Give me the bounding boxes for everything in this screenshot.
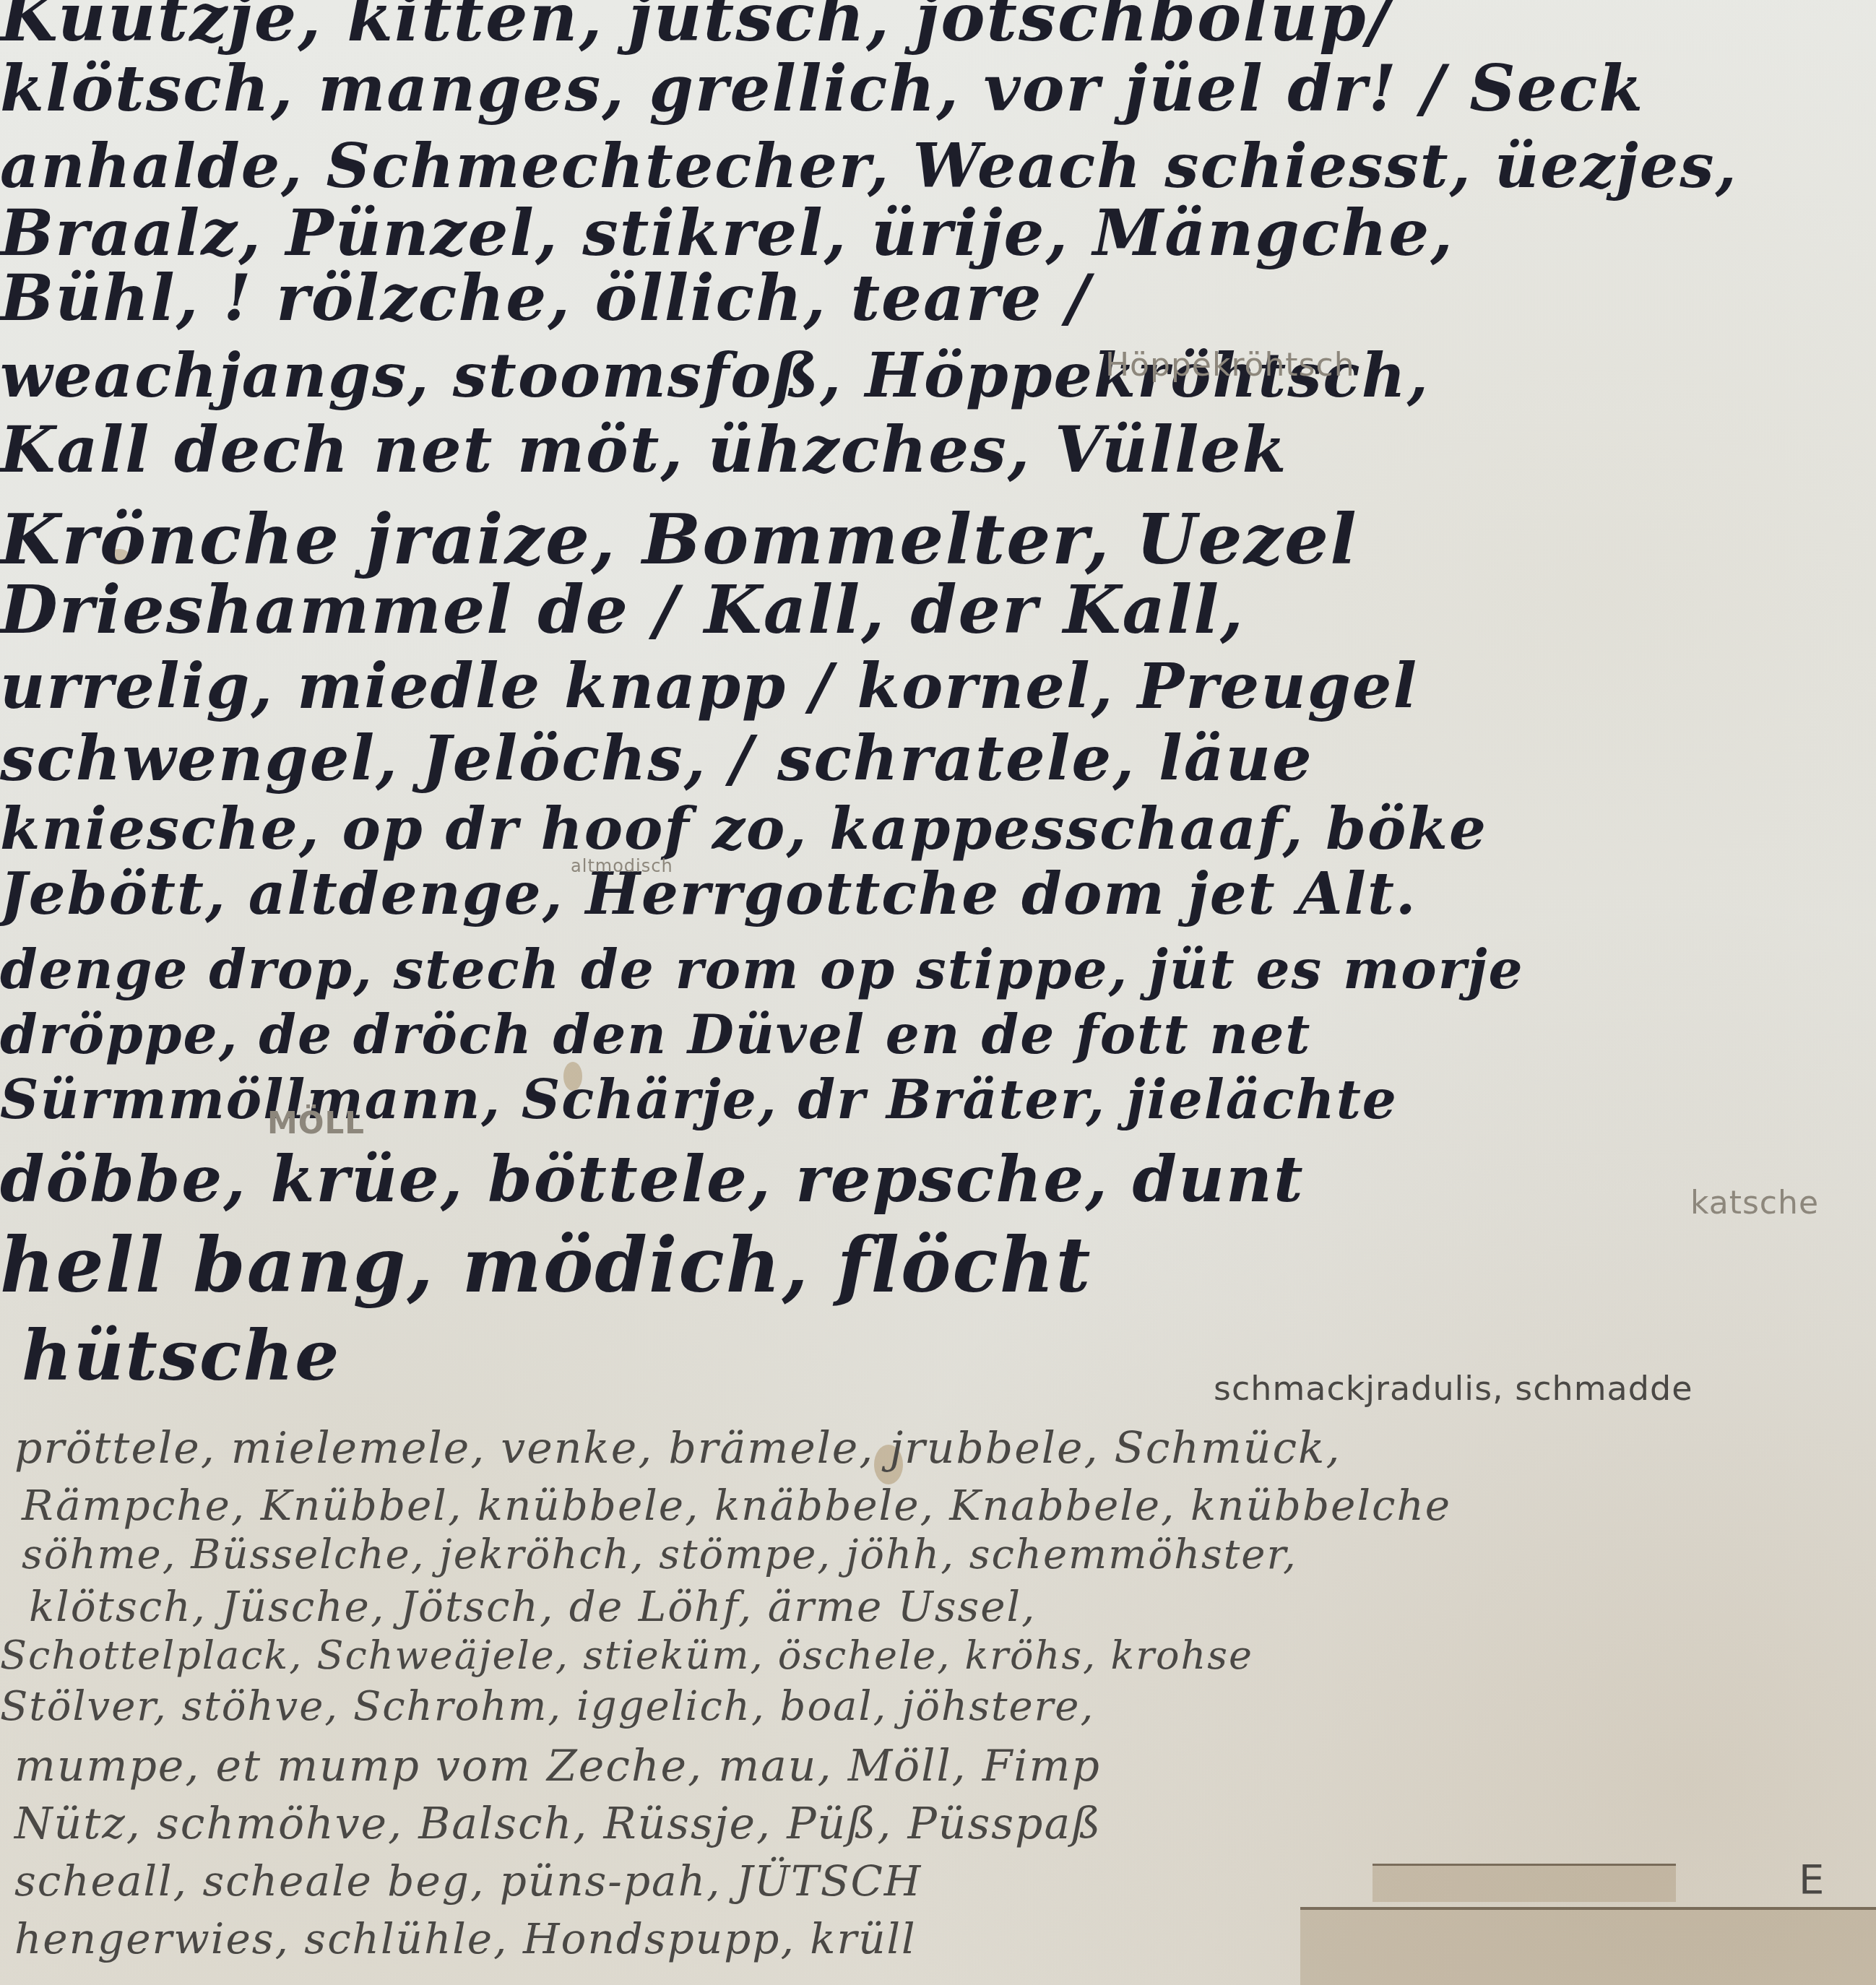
handwritten-line: hell bang, mödich, flöcht bbox=[0, 1221, 1092, 1310]
handwritten-line: Kall dech net möt, ühzches, Vüllek bbox=[0, 412, 1287, 487]
peeled-paint bbox=[1373, 1864, 1676, 1902]
handwritten-line: Sürmmöllmann, Schärje, dr Bräter, jieläc… bbox=[0, 1069, 1398, 1131]
handwritten-line: scheall, scheale beg, püns-pah, JÜTSCH bbox=[14, 1856, 922, 1906]
peeled-paint bbox=[1300, 1907, 1876, 1985]
handwritten-line: hengerwies, schlühle, Hondspupp, krüll bbox=[14, 1914, 917, 1963]
handwritten-line: kniesche, op dr hoof zo, kappesschaaf, b… bbox=[0, 795, 1487, 862]
handwritten-line: urrelig, miedle knapp / kornel, Preugel bbox=[0, 650, 1418, 723]
handwritten-line: hütsche bbox=[22, 1315, 340, 1396]
handwritten-line: Krönche jraize, Bommelter, Uezel bbox=[0, 498, 1358, 580]
annotation: Höppekröhtsch bbox=[1105, 347, 1355, 384]
handwritten-line: dröppe, de dröch den Düvel en de fott ne… bbox=[0, 1004, 1311, 1066]
handwritten-line: Braalz, Pünzel, stikrel, ürije, Mängche, bbox=[0, 195, 1454, 270]
handwritten-line: Rämpche, Knübbel, knübbele, knäbbele, Kn… bbox=[22, 1481, 1451, 1530]
handwritten-line: Drieshammel de / Kall, der Kall, bbox=[0, 571, 1245, 649]
handwritten-line: Schottelplack, Schweäjele, stieküm, ösch… bbox=[0, 1632, 1253, 1678]
handwritten-line: Bühl, ! rölzche, öllich, teare / bbox=[0, 260, 1091, 335]
handwritten-line: pröttele, mielemele, venke, brämele, jru… bbox=[14, 1423, 1341, 1474]
annotation: MÖLL bbox=[267, 1105, 365, 1141]
annotation: E bbox=[1799, 1856, 1825, 1903]
handwritten-line: schwengel, Jelöchs, / schratele, läue bbox=[0, 722, 1313, 795]
handwritten-line: anhalde, Schmechtecher, Weach schiesst, … bbox=[0, 130, 1738, 202]
handwritten-line: Kuutzje, kitten, jutsch, jötschbolup/ bbox=[0, 0, 1393, 56]
handwritten-line: denge drop, stech de rom op stippe, jüt … bbox=[0, 939, 1524, 1001]
handwritten-line: Jebött, altdenge, Herrgottche dom jet Al… bbox=[0, 860, 1417, 927]
annotation: schmackjradulis, schmadde bbox=[1214, 1369, 1693, 1408]
handwritten-line: söhme, Büsselche, jekröhch, stömpe, jöhh… bbox=[22, 1531, 1297, 1578]
handwritten-line: klötsch, Jüsche, Jötsch, de Löhf, ärme U… bbox=[29, 1582, 1037, 1631]
handwritten-line: Stölver, stöhve, Schrohm, iggelich, boal… bbox=[0, 1683, 1094, 1730]
handwritten-line: klötsch, manges, grellich, vor jüel dr! … bbox=[0, 51, 1644, 126]
handwritten-line: döbbe, krüe, böttele, repsche, dunt bbox=[0, 1141, 1305, 1216]
annotation: altmodisch bbox=[571, 856, 673, 876]
handwritten-line: Nütz, schmöhve, Balsch, Rüssje, Püß, Püs… bbox=[14, 1799, 1102, 1849]
annotation: katsche bbox=[1690, 1185, 1819, 1221]
handwritten-line: mumpe, et mump vom Zeche, mau, Möll, Fim… bbox=[14, 1741, 1101, 1791]
